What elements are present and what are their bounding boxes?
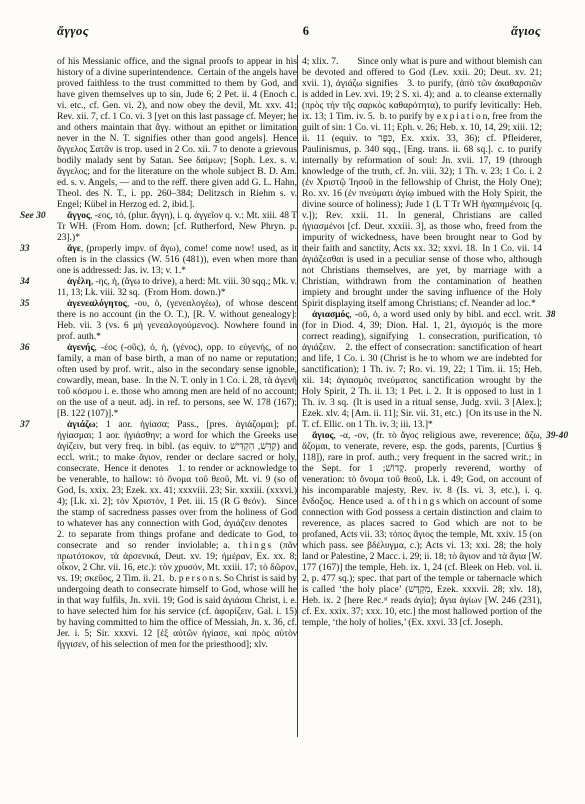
entry-headword: ἁγιάζω <box>67 420 96 430</box>
column-right: 4; xlix. 7. Since only what is pure and … <box>302 57 542 629</box>
entry-paragraph: of his Messianic office, and the signal … <box>57 57 297 211</box>
entry-headword: ἁγιασμός <box>312 310 349 320</box>
margin-number: 38 <box>546 310 582 320</box>
running-head-left: ἄγγος <box>57 23 89 39</box>
entry-paragraph: ἀγενής, -έος (-οῦς), ὁ, ἡ, (γένος), opp.… <box>57 343 297 420</box>
page-number: 6 <box>303 24 309 39</box>
entry-headword: ἅγιος <box>312 431 333 441</box>
entry-paragraph: ἁγιασμός, -οῦ, ὁ, a word used only by bi… <box>302 310 542 431</box>
entry-paragraph: ἀγενεαλόγητος, -ου, ὁ, (γενεαλογέω), of … <box>57 299 297 343</box>
entry-paragraph: ἄγγος, -εος, τό, (plur. ἄγγη), i. q. ἀγγ… <box>57 211 297 244</box>
margin-number: 35 <box>20 299 54 309</box>
margin-number: See 30 <box>20 211 54 221</box>
entry-headword: ἄγε <box>67 244 81 254</box>
running-head-right: ἅγιος <box>511 23 541 39</box>
entry-paragraph: ἅγιος, -α, -ον, (fr. τὸ ἅγος religious a… <box>302 431 542 629</box>
margin-number: 39-40 <box>546 431 582 441</box>
left-margin-numbers: See 303334353637 <box>20 57 54 757</box>
margin-number: 34 <box>20 277 54 287</box>
column-left: of his Messianic office, and the signal … <box>57 57 297 651</box>
entry-paragraph: ἀγέλη, -ης, ἡ, (ἄγω to drive), a herd: M… <box>57 277 297 299</box>
entry-headword: ἀγενής <box>67 343 94 353</box>
entry-paragraph: 4; xlix. 7. Since only what is pure and … <box>302 57 542 310</box>
column-divider <box>297 55 298 737</box>
entry-paragraph: ἁγιάζω; 1 aor. ἡγίασα; Pass., [pres. ἁγι… <box>57 420 297 651</box>
entry-paragraph: ἄγε, (properly impv. of ἄγω), come! come… <box>57 244 297 277</box>
page-header: ἄγγος 6 ἅγιος <box>57 23 541 39</box>
lexicon-page: ἄγγος 6 ἅγιος See 303334353637 of his Me… <box>0 0 585 804</box>
entry-headword: ἄγγος <box>67 211 90 221</box>
right-margin-numbers: 3839-40 <box>546 57 582 757</box>
margin-number: 33 <box>20 244 54 254</box>
entry-headword: ἀγενεαλόγητος <box>67 299 127 309</box>
entry-headword: ἀγέλη <box>67 277 91 287</box>
margin-number: 37 <box>20 420 54 430</box>
margin-number: 36 <box>20 343 54 353</box>
